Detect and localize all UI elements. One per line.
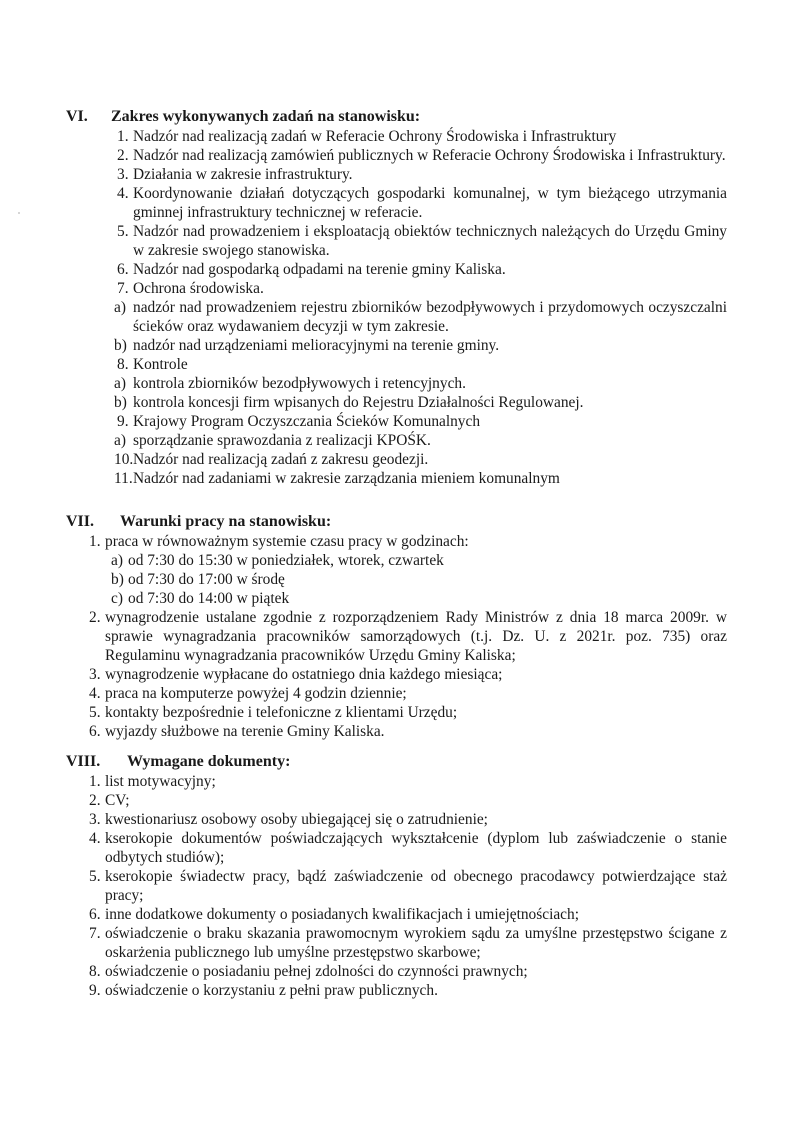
- list-subitem: b)kontrola koncesji firm wpisanych do Re…: [0, 393, 727, 412]
- list-item: 3.kwestionariusz osobowy osoby ubiegając…: [0, 810, 727, 829]
- item-label: 4.: [89, 829, 101, 848]
- item-label: 8.: [117, 355, 129, 374]
- item-text: kontrola koncesji firm wpisanych do Reje…: [133, 393, 727, 412]
- list-item: 1.Nadzór nad realizacją zadań w Referaci…: [0, 127, 727, 146]
- item-text: Nadzór nad prowadzeniem i eksploatacją o…: [133, 222, 727, 260]
- item-label: 4.: [117, 184, 129, 203]
- item-label: a): [114, 298, 126, 317]
- item-text: inne dodatkowe dokumenty o posiadanych k…: [105, 905, 727, 924]
- item-label: 10.: [114, 450, 133, 469]
- section-title: Wymagane dokumenty:: [127, 752, 290, 771]
- list-item: 4.praca na komputerze powyżej 4 godzin d…: [0, 684, 727, 703]
- item-label: 7.: [117, 279, 129, 298]
- documents-list: 1.list motywacyjny;2.CV;3.kwestionariusz…: [0, 772, 800, 1000]
- list-item: 8.oświadczenie o posiadaniu pełnej zdoln…: [0, 962, 727, 981]
- list-subitem: a)kontrola zbiorników bezodpływowych i r…: [0, 374, 727, 393]
- item-label: a): [114, 374, 126, 393]
- section-scope-of-duties: VI. Zakres wykonywanych zadań na stanowi…: [0, 107, 800, 488]
- section-required-documents: VIII. Wymagane dokumenty: 1.list motywac…: [0, 752, 800, 1000]
- list-item: 5.kontakty bezpośrednie i telefoniczne z…: [0, 703, 727, 722]
- item-text: oświadczenie o braku skazania prawomocny…: [105, 924, 727, 962]
- section-heading: VI. Zakres wykonywanych zadań na stanowi…: [0, 107, 800, 127]
- section-working-conditions: VII. Warunki pracy na stanowisku: 1.prac…: [0, 512, 800, 741]
- item-text: Koordynowanie działań dotyczących gospod…: [133, 184, 727, 222]
- item-text: nadzór nad urządzeniami melioracyjnymi n…: [133, 336, 727, 355]
- list-item: 3.Działania w zakresie infrastruktury.: [0, 165, 727, 184]
- item-text: kontrola zbiorników bezodpływowych i ret…: [133, 374, 727, 393]
- item-label: 11.: [114, 469, 133, 488]
- section-number: VII.: [66, 512, 94, 531]
- list-subitem: c)od 7:30 do 14:00 w piątek: [0, 589, 727, 608]
- list-item: 11.Nadzór nad zadaniami w zakresie zarzą…: [0, 469, 727, 488]
- list-item: 2.Nadzór nad realizacją zamówień publicz…: [0, 146, 727, 165]
- item-label: a): [114, 431, 126, 450]
- list-item: 10.Nadzór nad realizacją zadań z zakresu…: [0, 450, 727, 469]
- list-item: 9.Krajowy Program Oczyszczania Ścieków K…: [0, 412, 727, 431]
- item-text: Nadzór nad zadaniami w zakresie zarządza…: [133, 469, 727, 488]
- item-text: oświadczenie o korzystaniu z pełni praw …: [105, 981, 727, 1000]
- item-text: CV;: [105, 791, 727, 810]
- list-subitem: a)sporządzanie sprawozdania z realizacji…: [0, 431, 727, 450]
- item-text: od 7:30 do 17:00 w środę: [128, 570, 727, 589]
- item-text: Działania w zakresie infrastruktury.: [133, 165, 727, 184]
- item-text: nadzór nad prowadzeniem rejestru zbiorni…: [133, 298, 727, 336]
- section-number: VI.: [66, 107, 88, 126]
- conditions-list: 1.praca w równoważnym systemie czasu pra…: [0, 532, 800, 741]
- section-heading: VII. Warunki pracy na stanowisku:: [0, 512, 800, 532]
- item-label: 1.: [89, 772, 101, 791]
- item-label: c): [111, 589, 123, 608]
- item-text: oświadczenie o posiadaniu pełnej zdolnoś…: [105, 962, 727, 981]
- list-subitem: a)nadzór nad prowadzeniem rejestru zbior…: [0, 298, 727, 336]
- section-title: Warunki pracy na stanowisku:: [120, 512, 331, 531]
- item-label: 6.: [117, 260, 129, 279]
- item-label: 7.: [89, 924, 101, 943]
- section-number: VIII.: [66, 752, 100, 771]
- item-label: 5.: [117, 222, 129, 241]
- item-label: 5.: [89, 867, 101, 886]
- item-label: 2.: [117, 146, 129, 165]
- item-text: kwestionariusz osobowy osoby ubiegającej…: [105, 810, 727, 829]
- document-page: VI. Zakres wykonywanych zadań na stanowi…: [0, 0, 800, 1131]
- item-text: Ochrona środowiska.: [133, 279, 727, 298]
- item-label: 5.: [89, 703, 101, 722]
- item-label: 3.: [89, 810, 101, 829]
- list-item: 6.Nadzór nad gospodarką odpadami na tere…: [0, 260, 727, 279]
- item-label: 9.: [117, 412, 129, 431]
- item-text: praca w równoważnym systemie czasu pracy…: [105, 532, 727, 551]
- item-text: od 7:30 do 14:00 w piątek: [128, 589, 727, 608]
- list-subitem: a)od 7:30 do 15:30 w poniedziałek, wtore…: [0, 551, 727, 570]
- list-item: 4.Koordynowanie działań dotyczących gosp…: [0, 184, 727, 222]
- item-text: Nadzór nad realizacją zamówień publiczny…: [133, 146, 727, 165]
- item-text: Kontrole: [133, 355, 727, 374]
- item-label: b): [114, 336, 127, 355]
- list-item: 6.wyjazdy służbowe na terenie Gminy Kali…: [0, 722, 727, 741]
- item-label: a): [111, 551, 123, 570]
- list-item: 1.praca w równoważnym systemie czasu pra…: [0, 532, 727, 551]
- item-label: 2.: [89, 608, 101, 627]
- item-label: 6.: [89, 905, 101, 924]
- item-label: 1.: [117, 127, 129, 146]
- list-subitem: b)nadzór nad urządzeniami melioracyjnymi…: [0, 336, 727, 355]
- list-item: 7.oświadczenie o braku skazania prawomoc…: [0, 924, 727, 962]
- list-item: 9.oświadczenie o korzystaniu z pełni pra…: [0, 981, 727, 1000]
- item-text: wyjazdy służbowe na terenie Gminy Kalisk…: [105, 722, 727, 741]
- item-label: b): [114, 393, 127, 412]
- item-label: 6.: [89, 722, 101, 741]
- item-text: kserokopie świadectw pracy, bądź zaświad…: [105, 867, 727, 905]
- section-heading: VIII. Wymagane dokumenty:: [0, 752, 800, 772]
- item-label: 3.: [89, 665, 101, 684]
- item-label: 1.: [89, 532, 101, 551]
- item-text: Nadzór nad realizacją zadań z zakresu ge…: [133, 450, 727, 469]
- item-text: Krajowy Program Oczyszczania Ścieków Kom…: [133, 412, 727, 431]
- list-item: 3.wynagrodzenie wypłacane do ostatniego …: [0, 665, 727, 684]
- item-text: sporządzanie sprawozdania z realizacji K…: [133, 431, 727, 450]
- section-title: Zakres wykonywanych zadań na stanowisku:: [111, 107, 420, 126]
- item-text: od 7:30 do 15:30 w poniedziałek, wtorek,…: [128, 551, 727, 570]
- list-subitem: b)od 7:30 do 17:00 w środę: [0, 570, 727, 589]
- item-label: 8.: [89, 962, 101, 981]
- item-label: b): [111, 570, 124, 589]
- item-label: 2.: [89, 791, 101, 810]
- duties-list: 1.Nadzór nad realizacją zadań w Referaci…: [0, 127, 800, 488]
- item-label: 4.: [89, 684, 101, 703]
- item-text: kserokopie dokumentów poświadczających w…: [105, 829, 727, 867]
- list-item: 2.CV;: [0, 791, 727, 810]
- list-item: 6.inne dodatkowe dokumenty o posiadanych…: [0, 905, 727, 924]
- list-item: 5.Nadzór nad prowadzeniem i eksploatacją…: [0, 222, 727, 260]
- list-item: 7.Ochrona środowiska.: [0, 279, 727, 298]
- item-text: kontakty bezpośrednie i telefoniczne z k…: [105, 703, 727, 722]
- item-text: Nadzór nad realizacją zadań w Referacie …: [133, 127, 727, 146]
- item-label: 3.: [117, 165, 129, 184]
- list-item: 2.wynagrodzenie ustalane zgodnie z rozpo…: [0, 608, 727, 665]
- item-text: praca na komputerze powyżej 4 godzin dzi…: [105, 684, 727, 703]
- list-item: 4.kserokopie dokumentów poświadczających…: [0, 829, 727, 867]
- list-item: 1.list motywacyjny;: [0, 772, 727, 791]
- list-item: 8.Kontrole: [0, 355, 727, 374]
- list-item: 5.kserokopie świadectw pracy, bądź zaświ…: [0, 867, 727, 905]
- item-label: 9.: [89, 981, 101, 1000]
- item-text: wynagrodzenie wypłacane do ostatniego dn…: [105, 665, 727, 684]
- item-text: wynagrodzenie ustalane zgodnie z rozporz…: [105, 608, 727, 665]
- item-text: list motywacyjny;: [105, 772, 727, 791]
- item-text: Nadzór nad gospodarką odpadami na tereni…: [133, 260, 727, 279]
